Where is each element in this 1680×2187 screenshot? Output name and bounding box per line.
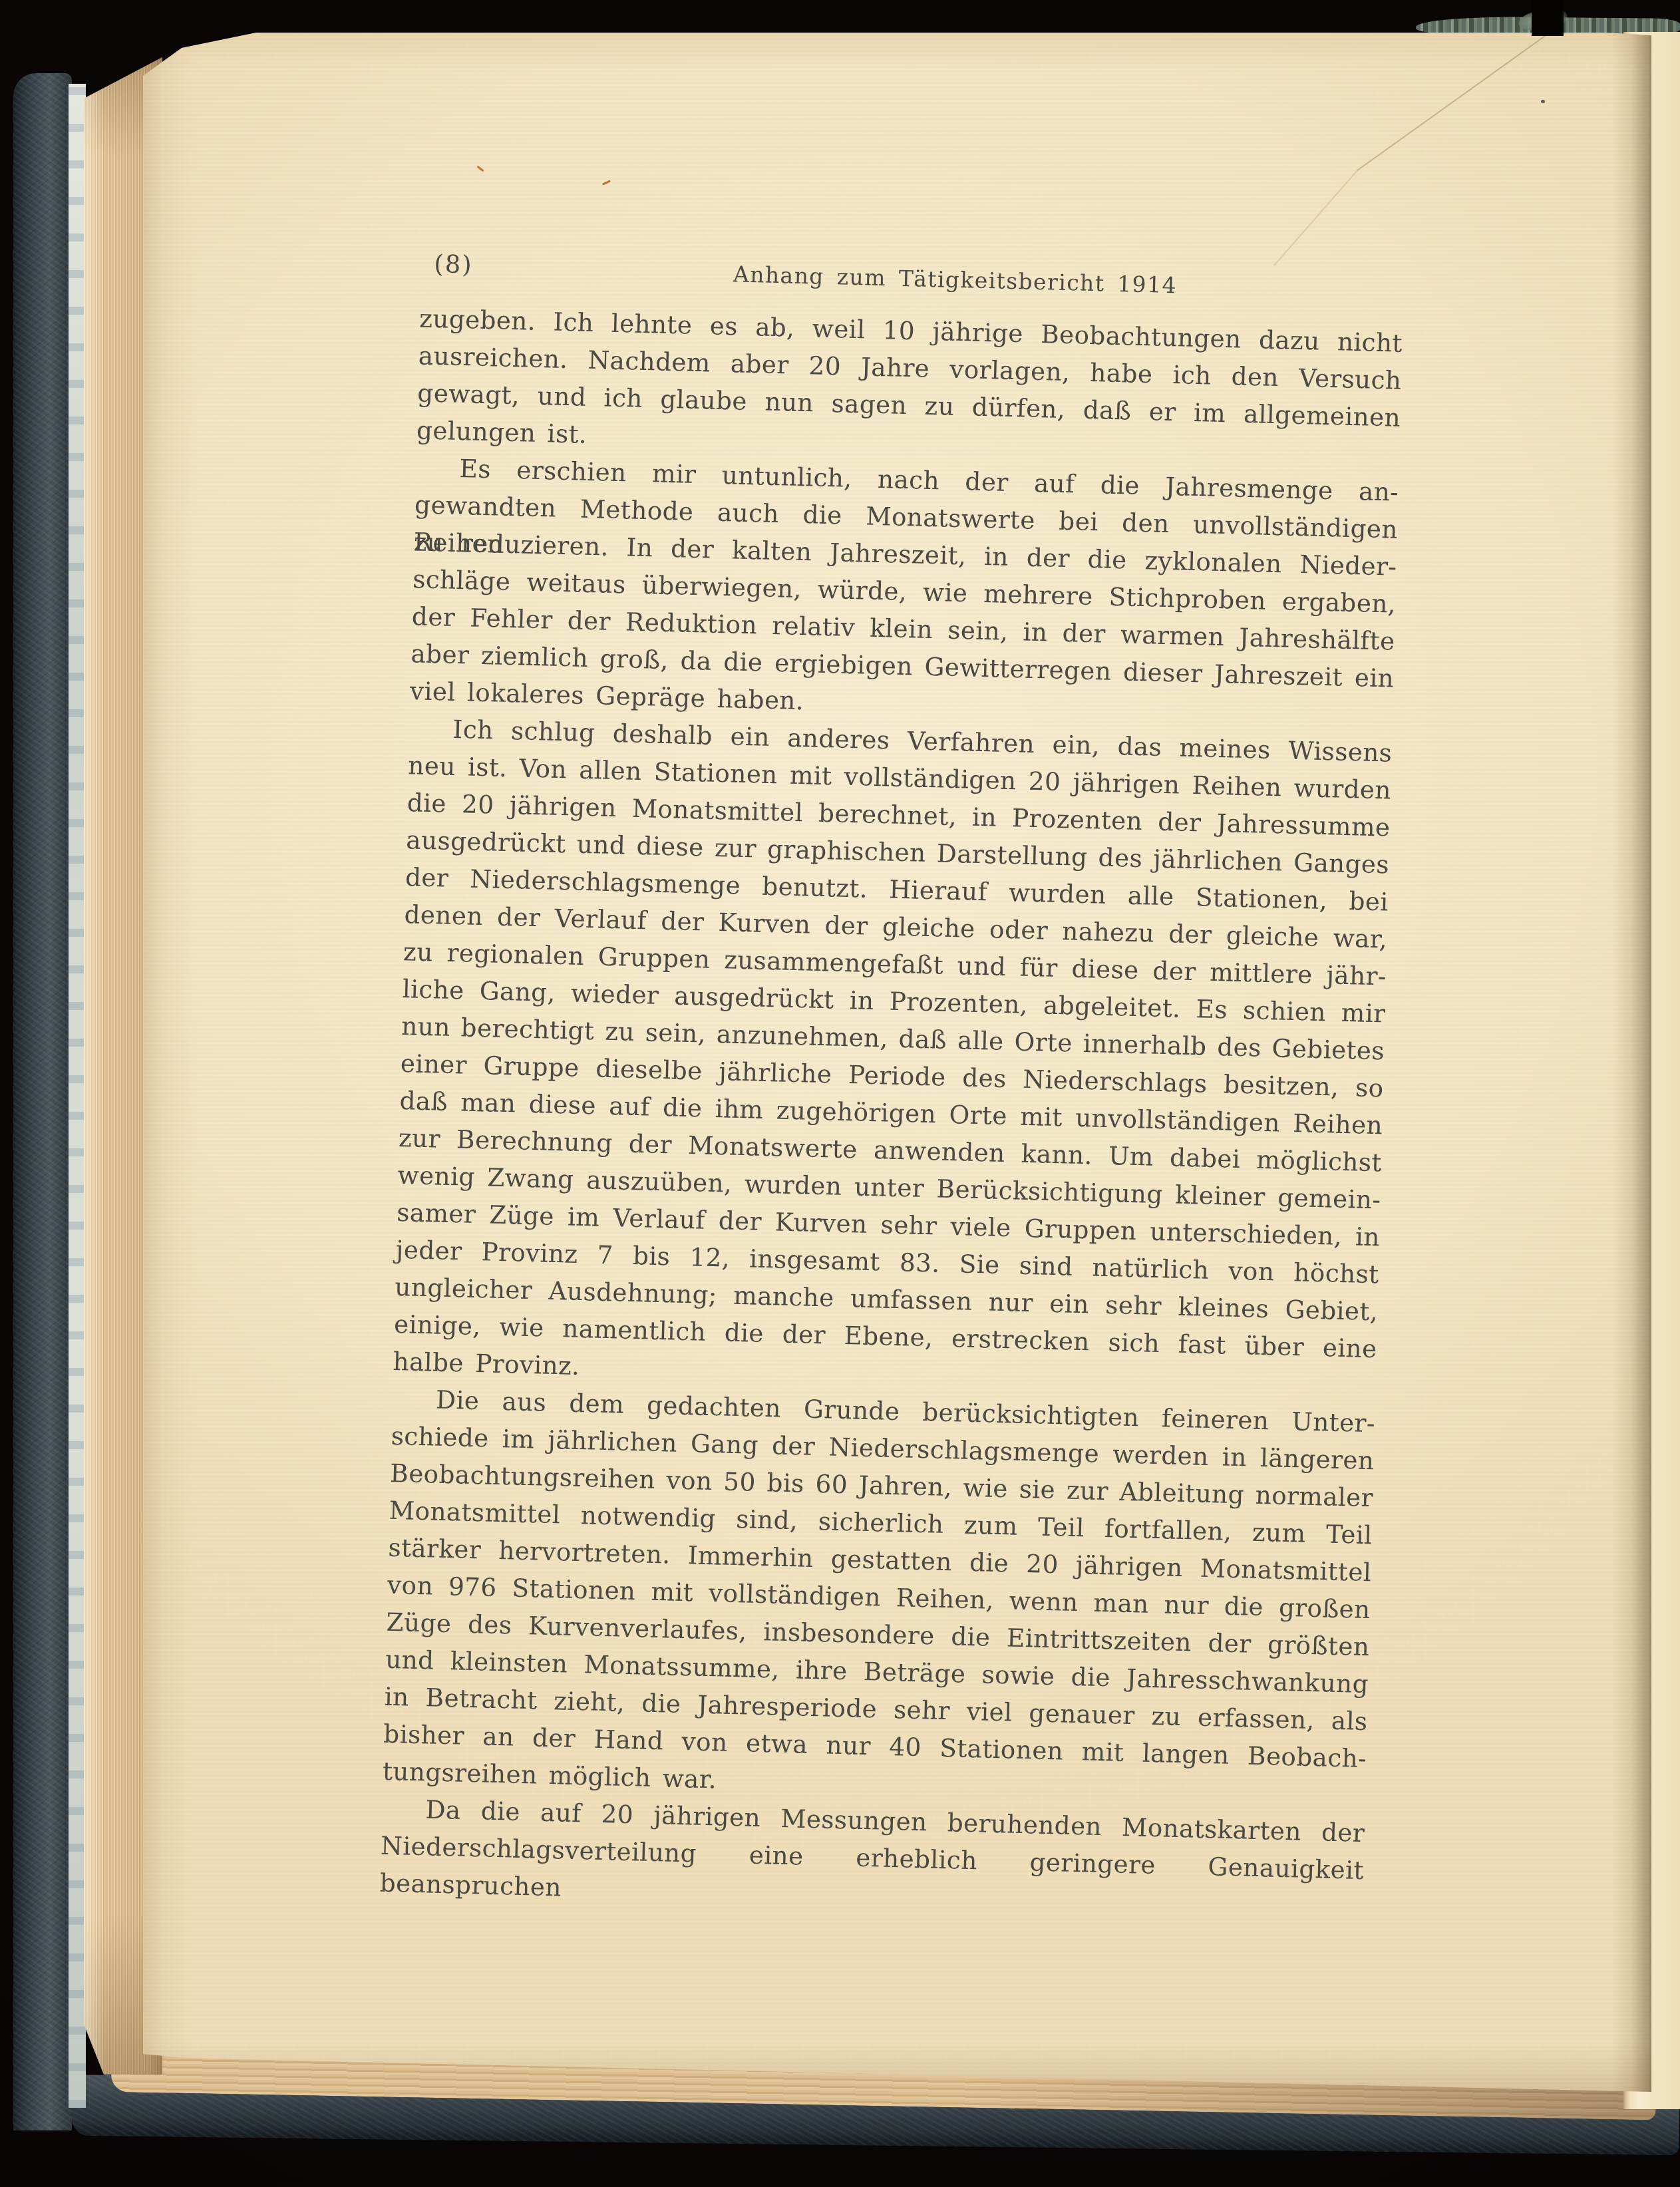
- book-cover-spine-edge: [13, 73, 72, 2130]
- paper-crease: [1357, 26, 1559, 171]
- paragraph: Die aus dem gedachten Grunde berücksicht…: [382, 1380, 1375, 1814]
- page-number: (8): [434, 250, 473, 279]
- running-head: Anhang zum Tätigkeitsbericht 1914: [733, 261, 1178, 298]
- book-page: (8) Anhang zum Tätigkeitsbericht 1914 zu…: [143, 27, 1651, 2096]
- paper-fiber: [602, 180, 611, 185]
- book-photograph: (8) Anhang zum Tätigkeitsbericht 1914 zu…: [0, 0, 1680, 2187]
- binding-gap: [1532, 0, 1564, 36]
- paragraph: Es erschien mir untunlich, nach der auf …: [409, 448, 1399, 734]
- page-text: zugeben. Ich lehnte es ab, weil 10 jähri…: [380, 299, 1403, 1889]
- paragraph: zugeben. Ich lehnte es ab, weil 10 jähri…: [416, 299, 1403, 473]
- paper-crease: [1273, 170, 1358, 265]
- paper-fiber: [476, 166, 484, 172]
- paragraph: Ich schlug deshalb ein anderes Verfahren…: [393, 709, 1393, 1405]
- endpaper-strip: [69, 84, 86, 2108]
- printed-text-block: (8) Anhang zum Tätigkeitsbericht 1914 zu…: [380, 246, 1404, 1889]
- paper-speck: [1541, 100, 1545, 103]
